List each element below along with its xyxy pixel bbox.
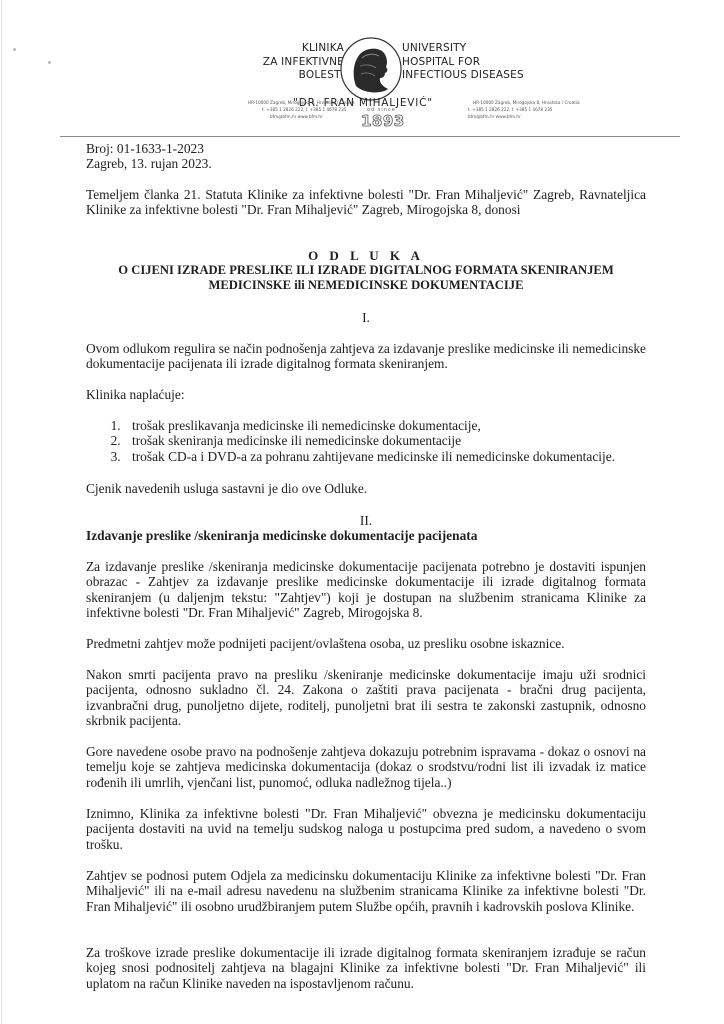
letterhead-line: UNIVERSITY	[402, 42, 602, 56]
header-divider	[60, 136, 680, 137]
preamble: Temeljem članka 21. Statuta Klinike za i…	[86, 187, 646, 218]
letterhead-line: HOSPITAL FOR	[402, 56, 602, 70]
founding-year: 1893	[361, 112, 405, 130]
letterhead-line: KLINIKA	[240, 42, 344, 56]
contact-left-web: bfm@bfm.hr www.bfm.hr	[270, 114, 323, 120]
contact-line: bfm@bfm.hr www.bfm.hr	[468, 114, 521, 120]
contact-right-phone: t. +385 1 2826 222, f. +385 1 4678 235	[468, 107, 552, 113]
decision-subtitle-line1: O CIJENI IZRADE PRESLIKE ILI IZRADE DIGI…	[70, 263, 662, 278]
decision-title: O D L U K A	[86, 248, 646, 263]
charges-label: Klinika naplaćuje:	[86, 387, 646, 402]
letterhead-croatian-name: KLINIKA ZA INFEKTIVNE BOLESTI	[240, 42, 344, 83]
contact-line: HR-10000 Zagreb, Mirogojska 8, Hrvatska …	[473, 100, 580, 106]
letterhead-english-name: UNIVERSITY HOSPITAL FOR INFECTIOUS DISEA…	[402, 42, 602, 83]
contact-left-phone: t. +385 1 2826 222, f. +385 1 4678 235	[262, 107, 346, 113]
document-number: Broj: 01-1633-1-2023	[86, 141, 646, 156]
decision-subtitle-line2: MEDICINSKE ili NEMEDICINSKE DOKUMENTACIJ…	[86, 278, 646, 293]
letterhead-line: ZA INFEKTIVNE	[240, 56, 344, 70]
portrait-medallion-icon	[338, 36, 404, 102]
contact-line: t. +385 1 2826 222, f. +385 1 4678 235	[468, 107, 552, 113]
section-2-paragraph: Gore navedene osobe pravo na podnošenje …	[86, 744, 646, 790]
section-2-paragraph: Predmetni zahtjev može podnijeti pacijen…	[86, 636, 646, 651]
charges-list: trošak preslikavanja medicinske ili neme…	[86, 418, 646, 464]
section-1-intro: Ovom odlukom regulira se način podnošenj…	[86, 341, 646, 372]
charge-item: trošak preslikavanja medicinske ili neme…	[124, 418, 646, 433]
charge-item: trošak CD-a i DVD-a za pohranu zahtijeva…	[124, 449, 646, 464]
place-date: Zagreb, 13. rujan 2023.	[86, 156, 646, 171]
document-page: KLINIKA ZA INFEKTIVNE BOLESTI UNIVERSITY…	[0, 0, 724, 1024]
section-2-paragraph: Nakon smrti pacijenta pravo na presliku …	[86, 667, 646, 729]
contact-line: t. +385 1 2826 222, f. +385 1 4678 235	[262, 107, 346, 113]
contact-line: HR-10000 Zagreb, Mirogojska 8, Hrvatska …	[248, 100, 355, 106]
letterhead-line: BOLESTI	[240, 69, 344, 83]
contact-right-web: bfm@bfm.hr www.bfm.hr	[468, 114, 521, 120]
section-2-paragraph: Za izdavanje preslike /skeniranja medici…	[86, 559, 646, 621]
charge-item: trošak skeniranja medicinske ili nemedic…	[124, 433, 646, 448]
scan-edge	[1, 0, 2, 1024]
section-2-paragraph: Za troškove izrade preslike dokumentacij…	[86, 945, 646, 991]
section-1-numeral: I.	[86, 310, 646, 325]
contact-right: HR-10000 Zagreb, Mirogojska 8, Hrvatska …	[473, 100, 580, 106]
section-2-paragraph: Iznimno, Klinika za infektivne bolesti "…	[86, 806, 646, 852]
section-2-paragraph: Zahtjev se podnosi putem Odjela za medic…	[86, 868, 646, 914]
scan-speck	[13, 48, 16, 51]
section-2-heading: Izdavanje preslike /skeniranja medicinsk…	[86, 528, 646, 543]
letterhead-line: INFECTIOUS DISEASES	[402, 69, 602, 83]
scan-speck	[48, 61, 51, 64]
contact-line: bfm@bfm.hr www.bfm.hr	[270, 114, 323, 120]
section-2-numeral: II.	[86, 513, 646, 528]
section-1-closing: Cjenik navedenih usluga sastavni je dio …	[86, 481, 646, 496]
contact-left: HR-10000 Zagreb, Mirogojska 8, Hrvatska …	[248, 100, 355, 106]
